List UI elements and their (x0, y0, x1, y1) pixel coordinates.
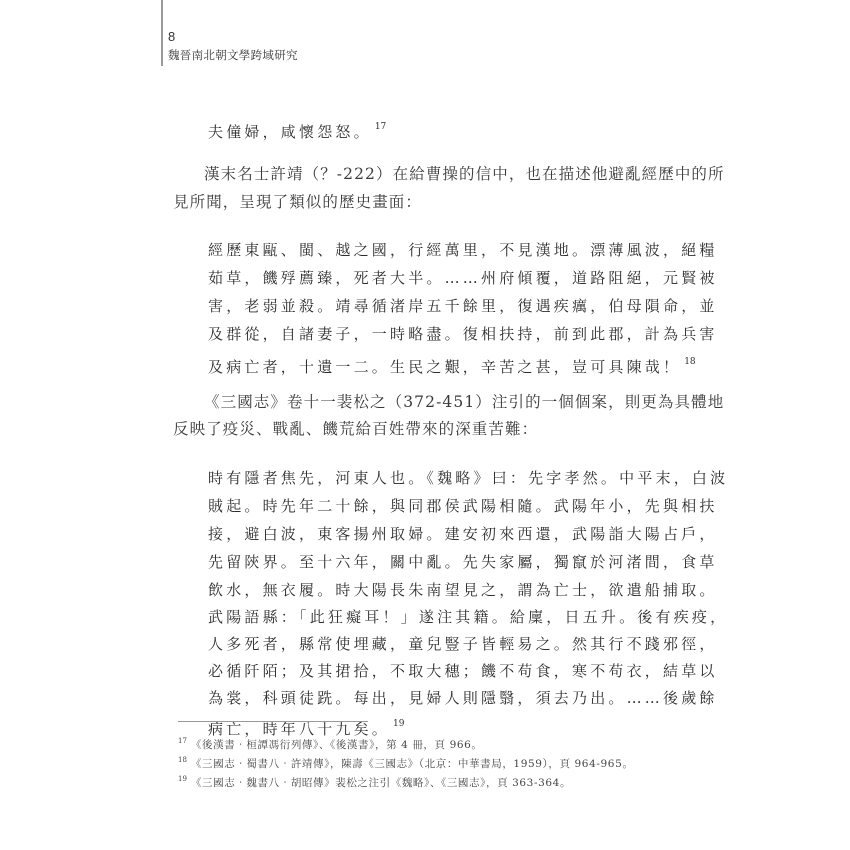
footnote-text: 《三國志‧魏書八‧胡昭傳》裴松之注引《魏略》、《三國志》，頁 363-364。 (191, 777, 571, 789)
quote-line: 茹草，饑殍薦臻，死者大半。……州府傾覆，道路阻絕，元賢被 (208, 268, 718, 288)
footnote-17: 17《後漢書‧桓譚馮衍列傳》、《後漢書》，第 4 冊，頁 966。 (178, 737, 483, 752)
quote-line: 武陽語縣：「此狂癡耳！」遂注其籍。給廩，日五升。後有疾疫， (208, 607, 728, 627)
quote-line: 害，老弱並殺。靖尋循渚岸五千餘里，復遇疾癘，伯母隕命，並 (208, 296, 718, 316)
footnote-ref-19[interactable]: 19 (393, 719, 404, 729)
running-title: 魏晉南北朝文學跨域研究 (168, 47, 298, 63)
quote-line: 飲水，無衣履。時大陽長朱南望見之，謂為亡士，欲遣船捕取。 (208, 580, 718, 600)
paragraph-line: 反映了疫災、戰亂、饑荒給百姓帶來的深重苦難： (173, 419, 538, 439)
quote-line: 及群從，自諸妻子，一時略盡。復相扶持，前到此郡，計為兵害 (208, 324, 718, 344)
quote-line: 時有隱者焦先，河東人也。《魏略》曰：先字孝然。中平末，白波 (208, 468, 728, 488)
quote-line: 經歷東甌、閩、越之國，行經萬里，不見漢地。漂薄風波，絕糧 (208, 240, 718, 260)
footnote-ref-18[interactable]: 18 (684, 357, 695, 367)
quote-line: 病亡，時年八十九矣。19 (208, 714, 404, 739)
footnote-rule (178, 721, 368, 722)
footnote-number: 19 (178, 775, 187, 783)
quote-line: 必循阡陌；及其捃拾，不取大穗；饑不苟食，寒不苟衣，結草以 (208, 661, 718, 681)
footnote-18: 18《三國志‧蜀書八‧許靖傳》，陳壽《三國志》（北京：中華書局，1959），頁 … (178, 756, 633, 771)
paragraph-line: 見所聞，呈現了類似的歷史畫面： (173, 192, 422, 212)
footnote-text: 《三國志‧蜀書八‧許靖傳》，陳壽《三國志》（北京：中華書局，1959），頁 96… (191, 758, 634, 770)
paragraph-line: 《三國志》卷十一裴松之（372-451）注引的一個個案，則更為具體地 (204, 392, 724, 412)
paragraph-line: 漢末名士許靖（？-222）在給曹操的信中，也在描述他避亂經歷中的所 (204, 164, 725, 184)
footnote-19: 19《三國志‧魏書八‧胡昭傳》裴松之注引《魏略》、《三國志》，頁 363-364… (178, 775, 571, 790)
quote-line-text: 及病亡者，十遺一二。生民之艱，辛苦之甚，豈可具陳哉！ (208, 358, 681, 376)
quote-line: 人多死者，縣常使埋藏，童兒豎子皆輕易之。然其行不踐邪徑， (208, 634, 718, 654)
page-number: 8 (168, 29, 175, 44)
footnote-number: 18 (178, 756, 187, 764)
quote-line: 接，避白波，東客揚州取婦。建安初來西還，武陽詣大陽占戶， (208, 524, 718, 544)
quote-line: 為裳，科頭徒跣。每出，見婦人則隱翳，須去乃出。……後歲餘 (208, 688, 718, 708)
header-rule (161, 0, 163, 66)
quote-line: 賊起。時先年二十餘，與同郡侯武陽相隨。武陽年小，先與相扶 (208, 496, 718, 516)
quote-tail-text: 夫僮婦，咸懷怨怒。 (208, 123, 372, 141)
quote-tail: 夫僮婦，咸懷怨怒。17 (208, 117, 386, 142)
quote-line: 及病亡者，十遺一二。生民之艱，辛苦之甚，豈可具陳哉！18 (208, 352, 696, 377)
footnote-text: 《後漢書‧桓譚馮衍列傳》、《後漢書》，第 4 冊，頁 966。 (191, 739, 483, 751)
footnote-ref-17[interactable]: 17 (375, 122, 386, 132)
footnote-number: 17 (178, 737, 187, 745)
quote-line-text: 病亡，時年八十九矣。 (208, 720, 390, 738)
quote-line: 先留陝界。至十六年，關中亂。先失家屬，獨竄於河渚間，食草 (208, 552, 718, 572)
